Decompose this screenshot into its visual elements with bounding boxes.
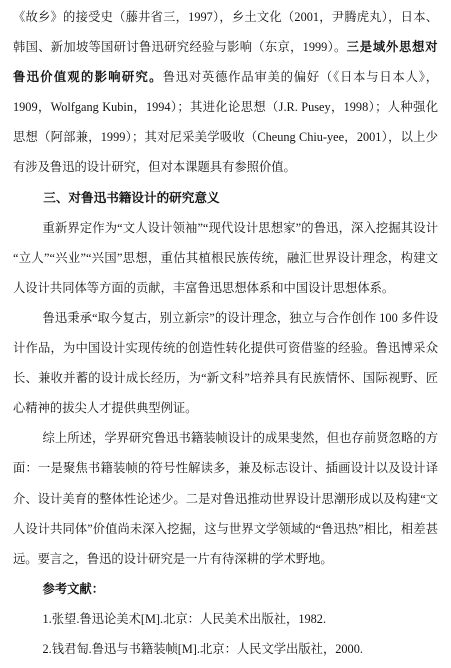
paragraph-redefine-luxun: 重新界定作为“文人设计领袖”“现代设计思想家”的鲁迅，深入挖掘其设计“立人”“兴… (13, 213, 438, 303)
references-heading: 参考文献： (13, 574, 438, 604)
section-heading-research-significance: 三、对鲁迅书籍设计的研究意义 (13, 183, 438, 213)
reference-item-2: 2.钱君匋.鲁迅与书籍装帧[M].北京：人民文学出版社，2000. (13, 634, 438, 664)
paragraph-design-philosophy: 鲁迅秉承“取今复古，别立新宗”的设计理念，独立与合作创作 100 多件设计作品，… (13, 303, 438, 423)
paragraph-prior-research: 《故乡》的接受史（藤井省三，1997），乡土文化（2001，尹腾虎丸），日本、韩… (13, 2, 438, 183)
document-page: 《故乡》的接受史（藤井省三，1997），乡土文化（2001，尹腾虎丸），日本、韩… (0, 0, 451, 668)
text-run-after-bold: 鲁迅对英德作品审美的偏好（《日本与日本人》，1909，Wolfgang Kubi… (13, 70, 438, 174)
paragraph-summary: 综上所述，学界研究鲁迅书籍装帧设计的成果斐然，但也存前贤忽略的方面：一是聚焦书籍… (13, 423, 438, 573)
reference-item-1: 1.张望.鲁迅论美术[M].北京：人民美术出版社，1982. (13, 604, 438, 634)
